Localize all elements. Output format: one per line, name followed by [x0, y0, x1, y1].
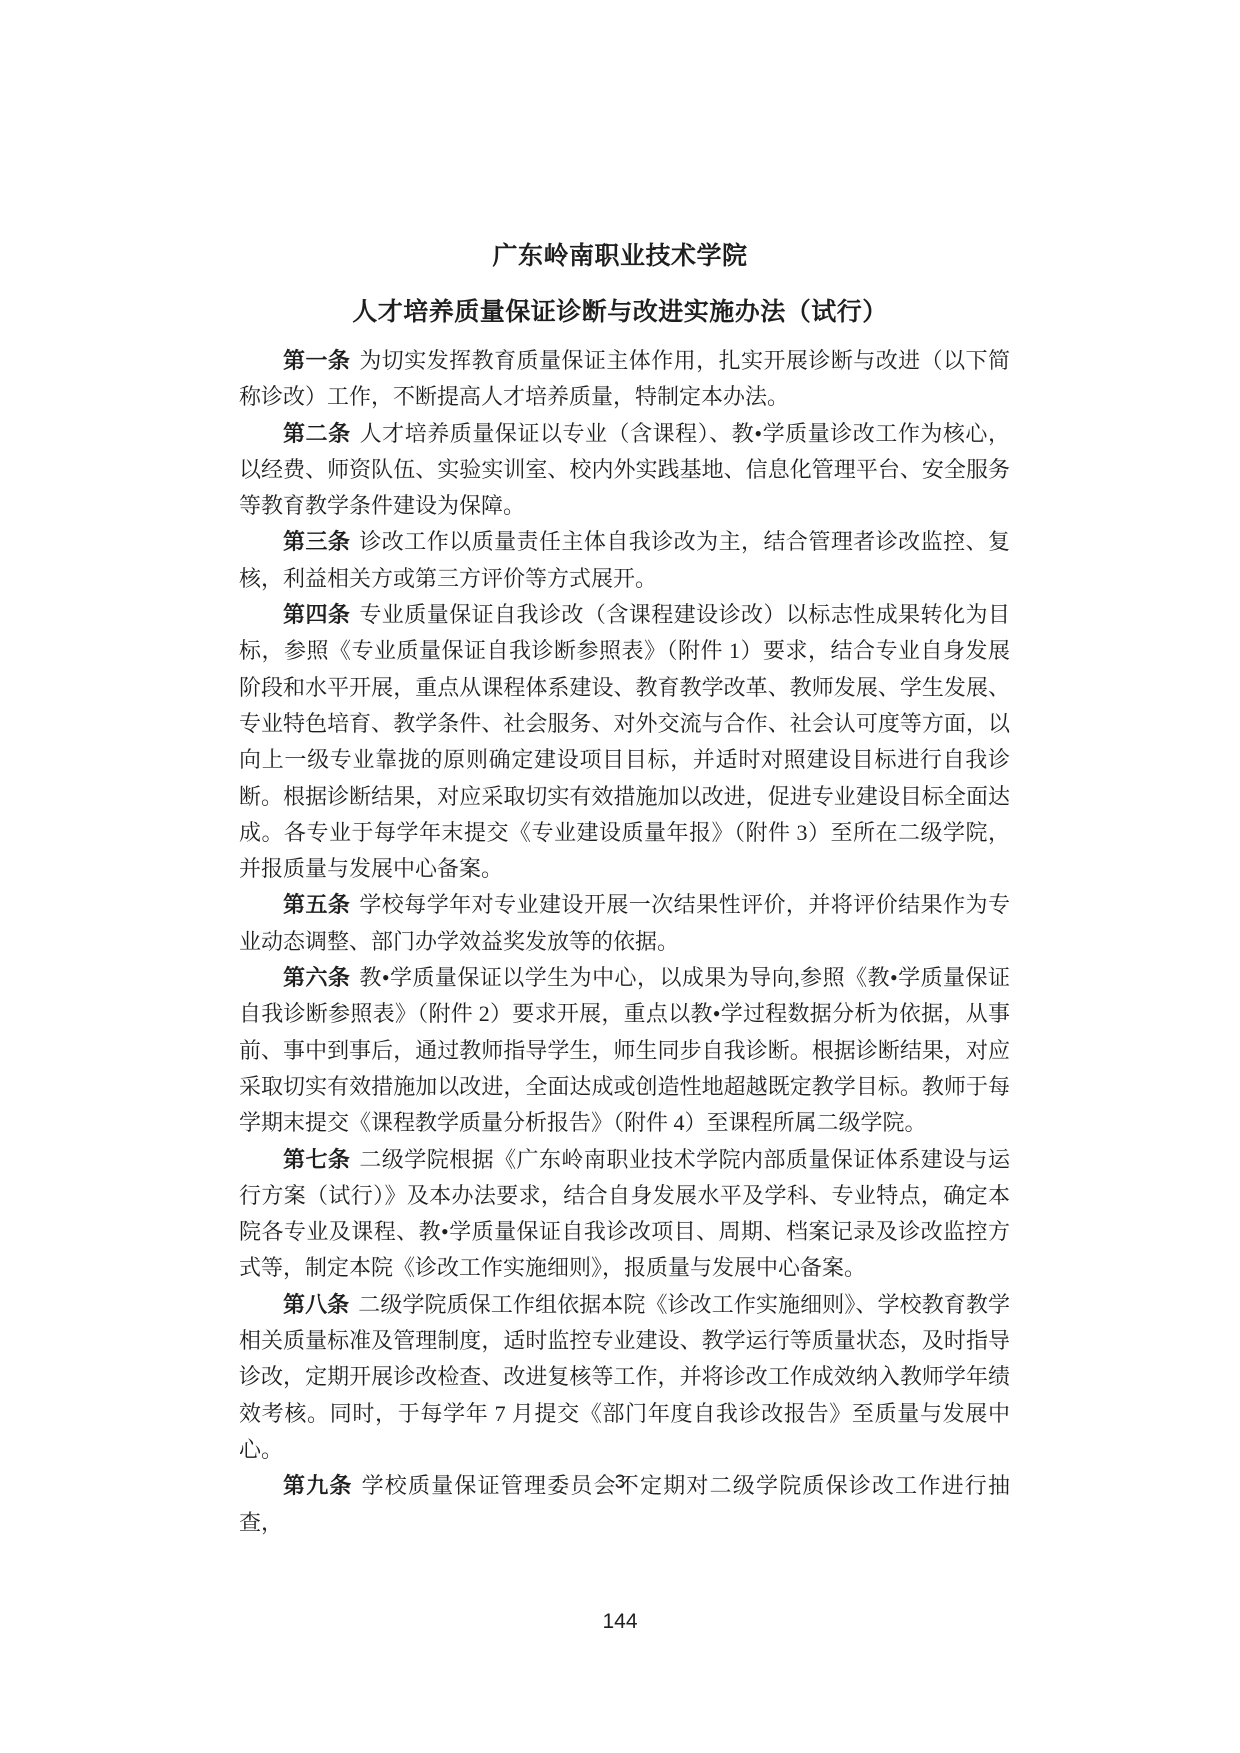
body-paragraph: 第二条人才培养质量保证以专业（含课程）、教•学质量诊改工作为核心，以经费、师资队… [239, 416, 1010, 525]
document-body: 第一条为切实发挥教育质量保证主体作用，扎实开展诊断与改进（以下简称诊改）工作，不… [239, 343, 1010, 1541]
article-label: 第八条 [283, 1292, 349, 1317]
article-text: 教•学质量保证以学生为中心，以成果为导向,参照《教•学质量保证自我诊断参照表》（… [239, 965, 1010, 1135]
article-text: 诊改工作以质量责任主体自我诊改为主，结合管理者诊改监控、复核，利益相关方或第三方… [239, 529, 1010, 590]
article-label: 第一条 [283, 348, 350, 373]
article-label: 第五条 [283, 892, 350, 917]
section-page-number: 3 [0, 1472, 1240, 1494]
article-text: 为切实发挥教育质量保证主体作用，扎实开展诊断与改进（以下简称诊改）工作，不断提高… [239, 348, 1010, 409]
school-name-heading: 广东岭南职业技术学院 [0, 240, 1240, 274]
article-text: 二级学院根据《广东岭南职业技术学院内部质量保证体系建设与运行方案（试行）》及本办… [239, 1147, 1010, 1281]
article-text: 专业质量保证自我诊改（含课程建设诊改）以标志性成果转化为目标，参照《专业质量保证… [239, 602, 1010, 881]
body-paragraph: 第四条专业质量保证自我诊改（含课程建设诊改）以标志性成果转化为目标，参照《专业质… [239, 597, 1010, 887]
article-text: 人才培养质量保证以专业（含课程）、教•学质量诊改工作为核心，以经费、师资队伍、实… [239, 421, 1010, 519]
document-page: 广东岭南职业技术学院 人才培养质量保证诊断与改进实施办法（试行） 第一条为切实发… [0, 0, 1240, 1753]
article-text: 学校每学年对专业建设开展一次结果性评价，并将评价结果作为专业动态调整、部门办学效… [239, 892, 1010, 953]
body-paragraph: 第六条教•学质量保证以学生为中心，以成果为导向,参照《教•学质量保证自我诊断参照… [239, 960, 1010, 1141]
article-label: 第四条 [283, 602, 350, 627]
page-number: 144 [0, 1610, 1240, 1634]
body-paragraph: 第三条诊改工作以质量责任主体自我诊改为主，结合管理者诊改监控、复核，利益相关方或… [239, 524, 1010, 597]
article-label: 第六条 [283, 965, 350, 990]
body-paragraph: 第一条为切实发挥教育质量保证主体作用，扎实开展诊断与改进（以下简称诊改）工作，不… [239, 343, 1010, 416]
article-label: 第二条 [283, 421, 351, 446]
body-paragraph: 第八条二级学院质保工作组依据本院《诊改工作实施细则》、学校教育教学相关质量标准及… [239, 1287, 1010, 1468]
body-paragraph: 第七条二级学院根据《广东岭南职业技术学院内部质量保证体系建设与运行方案（试行）》… [239, 1142, 1010, 1287]
article-label: 第七条 [283, 1147, 350, 1172]
body-paragraph: 第五条学校每学年对专业建设开展一次结果性评价，并将评价结果作为专业动态调整、部门… [239, 887, 1010, 960]
article-text: 二级学院质保工作组依据本院《诊改工作实施细则》、学校教育教学相关质量标准及管理制… [239, 1292, 1010, 1462]
article-label: 第三条 [283, 529, 350, 554]
document-title: 人才培养质量保证诊断与改进实施办法（试行） [0, 296, 1240, 330]
